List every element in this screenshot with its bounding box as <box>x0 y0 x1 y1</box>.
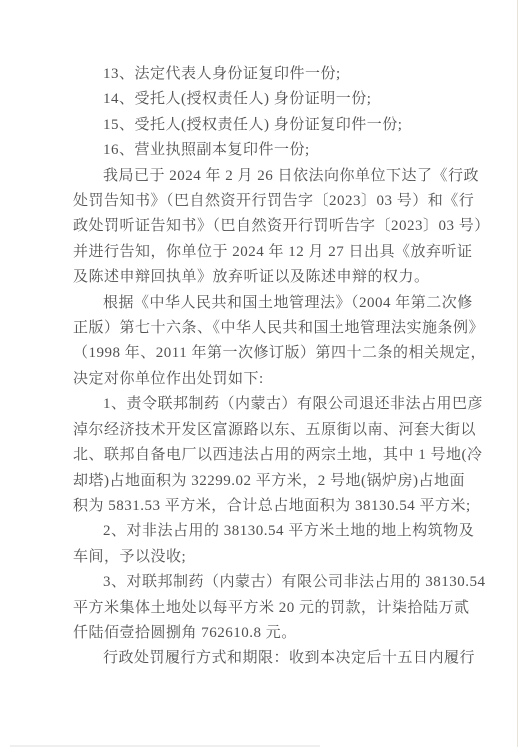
document-body: 13、法定代表人身份证复印件一份;14、受托人(授权责任人) 身份证明一份;15… <box>73 62 477 672</box>
text-line: 正版）第七十六条、《中华人民共和国土地管理法实施条例》 <box>73 316 477 341</box>
text-line: 并进行告知，你单位于 2024 年 12 月 27 日出具《放弃听证 <box>73 240 477 265</box>
text-line: （1998 年、2011 年第一次修订版）第四十二条的相关规定， <box>73 341 477 366</box>
text-line: 3、对联邦制药（内蒙古）有限公司非法占用的 38130.54 <box>73 570 477 595</box>
text-line: 1、责令联邦制药（内蒙古）有限公司退还非法占用巴彦 <box>73 392 477 417</box>
text-line: 16、营业执照副本复印件一份; <box>73 138 477 163</box>
text-line: 13、法定代表人身份证复印件一份; <box>73 62 477 87</box>
text-line: 却塔)占地面积为 32299.02 平方米，2 号地(锅炉房)占地面 <box>73 469 477 494</box>
text-line: 根据《中华人民共和国土地管理法》（2004 年第二次修 <box>73 291 477 316</box>
text-line: 决定对你单位作出处罚如下: <box>73 367 477 392</box>
text-line: 政处罚听证告知书》（巴自然资开行罚听告字〔2023〕03 号） <box>73 214 477 239</box>
text-line: 我局已于 2024 年 2 月 26 日依法向你单位下达了《行政 <box>73 164 477 189</box>
page-right-edge-line <box>517 0 518 747</box>
text-line: 14、受托人(授权责任人) 身份证明一份; <box>73 87 477 112</box>
document-page: 13、法定代表人身份证复印件一份;14、受托人(授权责任人) 身份证明一份;15… <box>0 0 523 747</box>
text-line: 处罚告知书》（巴自然资开行罚告字〔2023〕03 号）和《行 <box>73 189 477 214</box>
text-line: 2、对非法占用的 38130.54 平方米土地的地上构筑物及 <box>73 519 477 544</box>
text-line: 行政处罚履行方式和期限：收到本决定后十五日内履行 <box>73 646 477 671</box>
text-line: 及陈述申辩回执单》放弃听证以及陈述申辩的权力。 <box>73 265 477 290</box>
text-line: 淖尔经济技术开发区富源路以东、五原街以南、河套大街以 <box>73 418 477 443</box>
text-line: 北、联邦自备电厂以西违法占用的两宗土地，其中 1 号地(冷 <box>73 443 477 468</box>
text-line: 车间，予以没收; <box>73 545 477 570</box>
text-line: 平方米集体土地处以每平方米 20 元的罚款，计柒拾陆万贰 <box>73 596 477 621</box>
text-line: 仟陆佰壹拾圆捌角 762610.8 元。 <box>73 621 477 646</box>
text-line: 15、受托人(授权责任人) 身份证复印件一份; <box>73 113 477 138</box>
text-line: 积为 5831.53 平方米，合计总占地面积为 38130.54 平方米; <box>73 494 477 519</box>
